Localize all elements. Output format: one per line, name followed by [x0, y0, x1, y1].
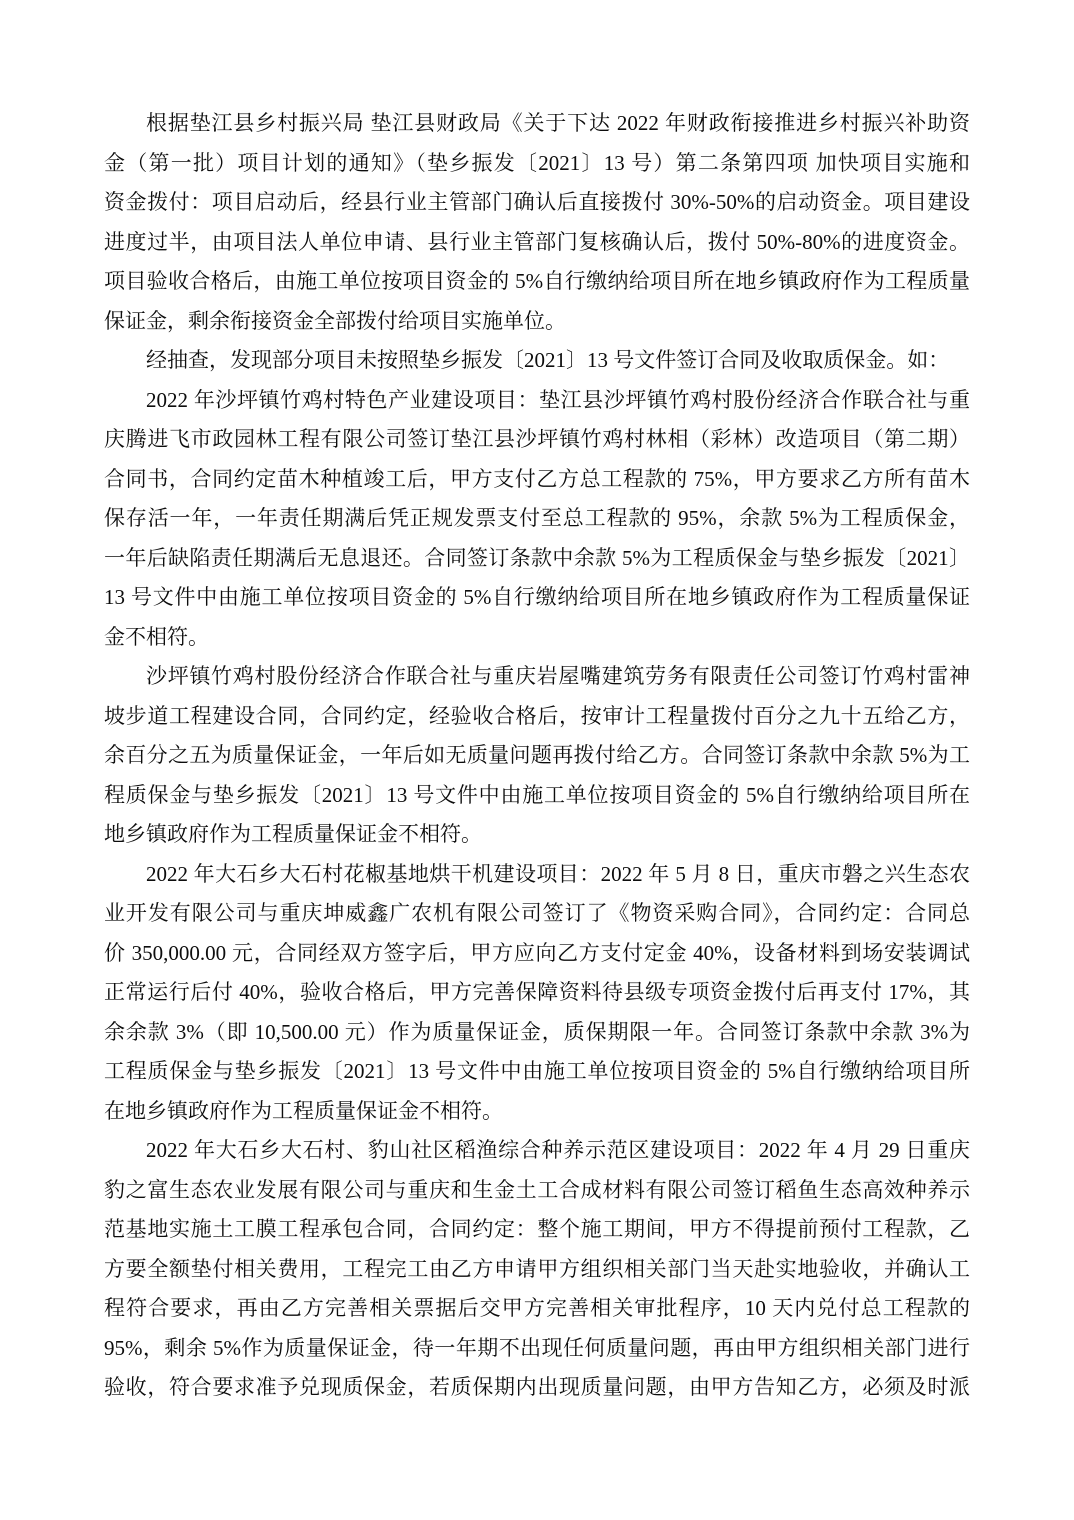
paragraph: 2022 年大石乡大石村、豹山社区稻渔综合种养示范区建设项目：2022 年 4 … [104, 1131, 970, 1408]
text-line: 根据垫江县乡村振兴局 垫江县财政局《关于下达 2022 年财政衔接推进乡村振兴补… [104, 104, 970, 144]
text-line: 余百分之五为质量保证金，一年后如无质量问题再拨付给乙方。合同签订条款中余款 5%… [104, 736, 970, 776]
text-line: 2022 年大石乡大石村花椒基地烘干机建设项目：2022 年 5 月 8 日，重… [104, 855, 970, 895]
text-line: 资金拨付：项目启动后，经县行业主管部门确认后直接拨付 30%-50%的启动资金。… [104, 183, 970, 223]
text-line: 经抽查，发现部分项目未按照垫乡振发〔2021〕13 号文件签订合同及收取质保金。… [104, 341, 970, 381]
document-body: 根据垫江县乡村振兴局 垫江县财政局《关于下达 2022 年财政衔接推进乡村振兴补… [104, 104, 970, 1408]
text-line: 范基地实施土工膜工程承包合同，合同约定：整个施工期间，甲方不得提前预付工程款，乙 [104, 1210, 970, 1250]
text-line: 一年后缺陷责任期满后无息退还。合同签订条款中余款 5%为工程质保金与垫乡振发〔2… [104, 539, 970, 579]
text-line: 在地乡镇政府作为工程质量保证金不相符。 [104, 1092, 970, 1132]
text-line: 沙坪镇竹鸡村股份经济合作联合社与重庆岩屋嘴建筑劳务有限责任公司签订竹鸡村雷神 [104, 657, 970, 697]
text-line: 工程质保金与垫乡振发〔2021〕13 号文件中由施工单位按项目资金的 5%自行缴… [104, 1052, 970, 1092]
text-line: 保证金，剩余衔接资金全部拨付给项目实施单位。 [104, 302, 970, 342]
text-line: 2022 年沙坪镇竹鸡村特色产业建设项目：垫江县沙坪镇竹鸡村股份经济合作联合社与… [104, 381, 970, 421]
paragraph: 2022 年沙坪镇竹鸡村特色产业建设项目：垫江县沙坪镇竹鸡村股份经济合作联合社与… [104, 381, 970, 658]
text-line: 余余款 3%（即 10,500.00 元）作为质量保证金，质保期限一年。合同签订… [104, 1013, 970, 1053]
text-line: 验收，符合要求准予兑现质保金，若质保期内出现质量问题，由甲方告知乙方，必须及时派 [104, 1368, 970, 1408]
text-line: 方要全额垫付相关费用，工程完工由乙方申请甲方组织相关部门当天赴实地验收，并确认工 [104, 1250, 970, 1290]
text-line: 程符合要求，再由乙方完善相关票据后交甲方完善相关审批程序，10 天内兑付总工程款… [104, 1289, 970, 1329]
document-page: 根据垫江县乡村振兴局 垫江县财政局《关于下达 2022 年财政衔接推进乡村振兴补… [0, 0, 1074, 1520]
text-line: 合同书，合同约定苗木种植竣工后，甲方支付乙方总工程款的 75%，甲方要求乙方所有… [104, 460, 970, 500]
text-line: 程质保金与垫乡振发〔2021〕13 号文件中由施工单位按项目资金的 5%自行缴纳… [104, 776, 970, 816]
text-line: 金不相符。 [104, 618, 970, 658]
text-line: 金（第一批）项目计划的通知》（垫乡振发〔2021〕13 号）第二条第四项 加快项… [104, 144, 970, 184]
paragraph: 根据垫江县乡村振兴局 垫江县财政局《关于下达 2022 年财政衔接推进乡村振兴补… [104, 104, 970, 341]
text-line: 坡步道工程建设合同，合同约定，经验收合格后，按审计工程量拨付百分之九十五给乙方， [104, 697, 970, 737]
text-line: 正常运行后付 40%，验收合格后，甲方完善保障资料待县级专项资金拨付后再支付 1… [104, 973, 970, 1013]
text-line: 豹之富生态农业发展有限公司与重庆和生金土工合成材料有限公司签订稻鱼生态高效种养示 [104, 1171, 970, 1211]
text-line: 价 350,000.00 元，合同经双方签字后，甲方应向乙方支付定金 40%，设… [104, 934, 970, 974]
text-line: 业开发有限公司与重庆坤威鑫广农机有限公司签订了《物资采购合同》，合同约定：合同总 [104, 894, 970, 934]
text-line: 2022 年大石乡大石村、豹山社区稻渔综合种养示范区建设项目：2022 年 4 … [104, 1131, 970, 1171]
text-line: 地乡镇政府作为工程质量保证金不相符。 [104, 815, 970, 855]
text-line: 95%，剩余 5%作为质量保证金，待一年期不出现任何质量问题，再由甲方组织相关部… [104, 1329, 970, 1369]
paragraph: 2022 年大石乡大石村花椒基地烘干机建设项目：2022 年 5 月 8 日，重… [104, 855, 970, 1132]
text-line: 13 号文件中由施工单位按项目资金的 5%自行缴纳给项目所在地乡镇政府作为工程质… [104, 578, 970, 618]
text-line: 庆腾进飞市政园林工程有限公司签订垫江县沙坪镇竹鸡村林相（彩林）改造项目（第二期） [104, 420, 970, 460]
paragraph: 沙坪镇竹鸡村股份经济合作联合社与重庆岩屋嘴建筑劳务有限责任公司签订竹鸡村雷神坡步… [104, 657, 970, 855]
text-line: 进度过半，由项目法人单位申请、县行业主管部门复核确认后，拨付 50%-80%的进… [104, 223, 970, 263]
text-line: 保存活一年，一年责任期满后凭正规发票支付至总工程款的 95%，余款 5%为工程质… [104, 499, 970, 539]
text-line: 项目验收合格后，由施工单位按项目资金的 5%自行缴纳给项目所在地乡镇政府作为工程… [104, 262, 970, 302]
paragraph: 经抽查，发现部分项目未按照垫乡振发〔2021〕13 号文件签订合同及收取质保金。… [104, 341, 970, 381]
